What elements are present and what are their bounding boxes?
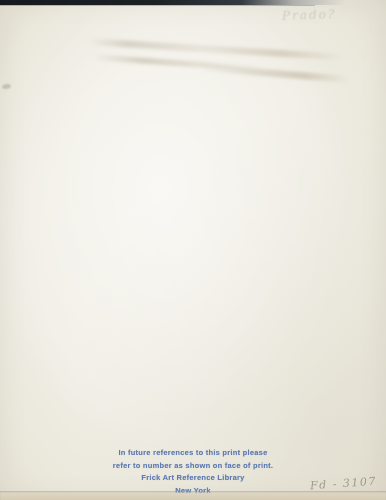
print-top-edge <box>0 0 345 5</box>
smudge-streak <box>200 64 350 83</box>
stamp-line-2: refer to number as shown on face of prin… <box>0 460 386 473</box>
smudge-streak <box>88 38 346 61</box>
paper-back: Prado? In future references to this prin… <box>0 0 386 500</box>
pencil-mark <box>2 83 12 89</box>
faint-pencil-inscription: Prado? <box>282 7 337 23</box>
mount-bottom-edge <box>0 491 386 500</box>
photo-verso: Prado? In future references to this prin… <box>0 0 386 500</box>
smudge-streak <box>92 54 262 72</box>
stamp-line-1: In future references to this print pleas… <box>0 447 386 460</box>
